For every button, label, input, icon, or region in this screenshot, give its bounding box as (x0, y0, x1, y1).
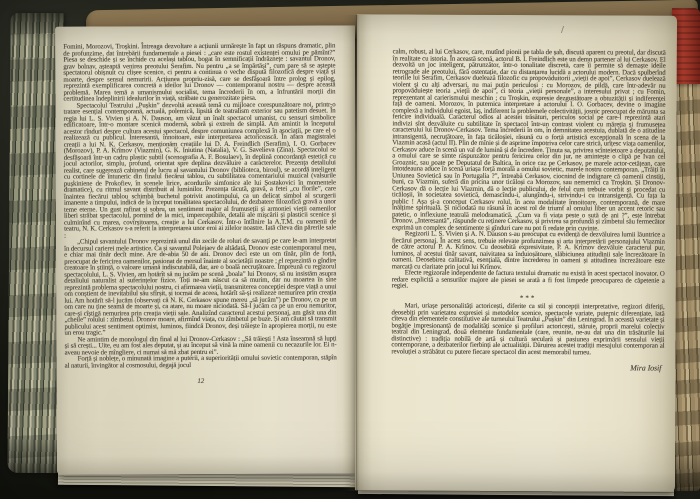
paragraph: Forță și noblețe, o minunată imagine a p… (65, 355, 337, 369)
left-page-paragraphs: Fomini, Morozovi, Troșkini. Întreaga dez… (63, 43, 336, 369)
paragraph: Regizorii L. S. Vivien și A. N. Dauson s… (392, 231, 665, 271)
paragraph: Efecte regizorale independente de factur… (392, 270, 665, 291)
paragraph: calm, robust, al lui Cerkasov, care, mut… (392, 49, 666, 232)
right-page-paragraphs-after: Mari, uriașe personalități actoricești, … (391, 303, 664, 356)
section-separator: *** (392, 294, 665, 302)
author-signature: Mira Iosif (391, 364, 664, 372)
paragraph: „Chipul savantului Dronov reprezintă unu… (64, 238, 336, 337)
paragraph: Ne amintim de monologul din final al lui… (65, 336, 337, 357)
right-page-paragraphs: calm, robust, al lui Cerkasov, care, mut… (392, 49, 666, 291)
left-page-text: Fomini, Morozovi, Troșkini. Întreaga dez… (63, 43, 336, 385)
right-page-text: calm, robust, al lui Cerkasov, care, mut… (391, 49, 665, 372)
paragraph: Spectacolul Teatrului „Pușkin” dezvoltă … (64, 102, 337, 240)
paragraph: Fomini, Morozovi, Troșkini. Întreaga dez… (63, 43, 335, 103)
paragraph: Mari, uriașe personalități actoricești, … (391, 303, 664, 356)
page-number: 12 (65, 377, 337, 385)
book-photo: Fomini, Morozovi, Troșkini. Întreaga dez… (0, 0, 700, 499)
